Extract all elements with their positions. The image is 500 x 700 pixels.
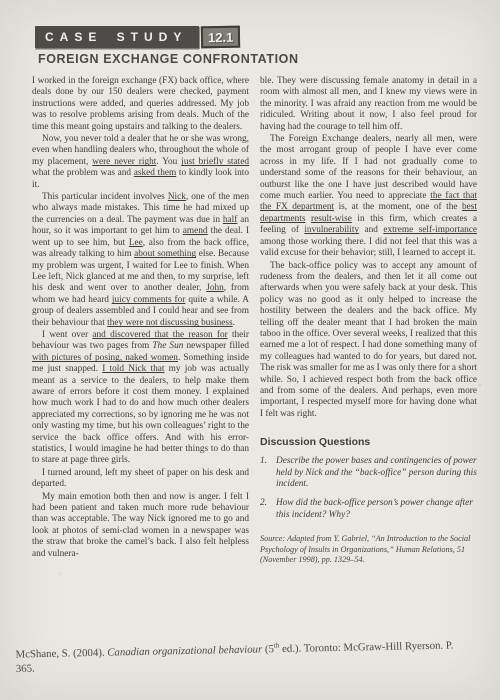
text-run: and [359, 225, 383, 235]
paragraph: Now, you never told a dealer that he or … [32, 134, 249, 191]
text-run: asked them [134, 168, 176, 178]
paragraph: I went over and discovered that the reas… [32, 330, 249, 467]
paragraph: The back-office policy was to accept any… [260, 261, 477, 421]
text-run: I went over [42, 330, 92, 340]
text-run: Lee [129, 238, 143, 248]
text-run: . You [156, 157, 181, 167]
book-citation: McShane, S. (2004). Canadian organizatio… [15, 635, 468, 677]
case-study-label: CASE STUDY [35, 26, 199, 48]
question-number: 2. [260, 498, 276, 521]
text-run: My main emotion both then and now is ang… [32, 492, 249, 559]
text-run: juicy comments for [112, 295, 186, 305]
text-run: result-wise [311, 214, 352, 224]
question-number: 1. [260, 456, 276, 491]
scanned-page: CASE STUDY 12.1 FOREIGN EXCHANGE CONFRON… [0, 0, 500, 700]
text-run: they were not discussing business [107, 318, 233, 328]
body-columns: I worked in the foreign exchange (FX) ba… [32, 76, 477, 566]
question-text: How did the back-office person’s power c… [276, 498, 477, 521]
text-run: Nick [168, 192, 186, 202]
paragraph: This particular incident involves Nick, … [32, 192, 249, 329]
paragraph: ble. They were discussing female anatomy… [260, 76, 477, 133]
text-run: amend [183, 226, 208, 236]
text-run: Human Relations [396, 545, 453, 554]
text-run: I told Nick that [102, 364, 164, 374]
question-text: Describe the power bases and contingenci… [276, 456, 477, 491]
text-run: is, at the moment, one of the [334, 202, 462, 212]
text-run: my job was actually meant as a service t… [32, 364, 249, 465]
text-run: newspaper filled [183, 341, 249, 351]
text-run: half [223, 215, 237, 225]
case-study-banner: CASE STUDY 12.1 [35, 26, 241, 48]
text-run: This particular incident involves [42, 192, 168, 202]
text-run: . [233, 318, 235, 328]
case-study-number-badge: 12.1 [201, 26, 241, 49]
text-run: invulnerability [304, 225, 359, 235]
paragraph: My main emotion both then and now is ang… [32, 492, 249, 560]
text-run: among those working there. I did not fee… [260, 237, 477, 258]
text-run: I worked in the foreign exchange (FX) ba… [32, 76, 249, 132]
text-run: McShane, S. (2004). [15, 647, 107, 661]
text-run: just briefly stated [181, 157, 249, 167]
discussion-questions-heading: Discussion Questions [260, 436, 477, 448]
question-item: 2.How did the back-office person’s power… [260, 498, 477, 521]
source-note: Source: Adapted from Y. Gabriel, “An Int… [260, 534, 477, 566]
question-item: 1.Describe the power bases and contingen… [260, 456, 477, 491]
paragraph: I worked in the foreign exchange (FX) ba… [32, 76, 249, 133]
text-run: about something [134, 249, 196, 259]
text-run: and discovered that the reason for [92, 330, 227, 340]
text-run: John [206, 283, 224, 293]
text-run: The back-office policy was to accept any… [260, 261, 477, 419]
text-run: with pictures of posing, naked women [32, 353, 178, 363]
text-run: what the problem was and [32, 168, 134, 178]
text-run: ble. They were discussing female anatomy… [260, 76, 477, 132]
paragraph: I turned around, left my sheet of paper … [32, 468, 249, 491]
text-run: were never right [92, 157, 156, 167]
discussion-questions-list: 1.Describe the power bases and contingen… [260, 456, 477, 521]
text-run: The Sun [152, 341, 183, 351]
left-column: I worked in the foreign exchange (FX) ba… [32, 76, 249, 566]
paragraph: The Foreign Exchange dealers, nearly all… [260, 134, 477, 259]
case-title: FOREIGN EXCHANGE CONFRONTATION [38, 52, 299, 66]
text-run: I turned around, left my sheet of paper … [32, 468, 249, 489]
text-run: Source: [260, 534, 285, 543]
right-column-text: ble. They were discussing female anatomy… [260, 76, 477, 420]
text-run: extreme self-importance [383, 225, 477, 235]
text-run: (5 [262, 643, 274, 655]
text-run: Canadian organizational behaviour [107, 643, 262, 658]
right-column: ble. They were discussing female anatomy… [260, 76, 477, 566]
